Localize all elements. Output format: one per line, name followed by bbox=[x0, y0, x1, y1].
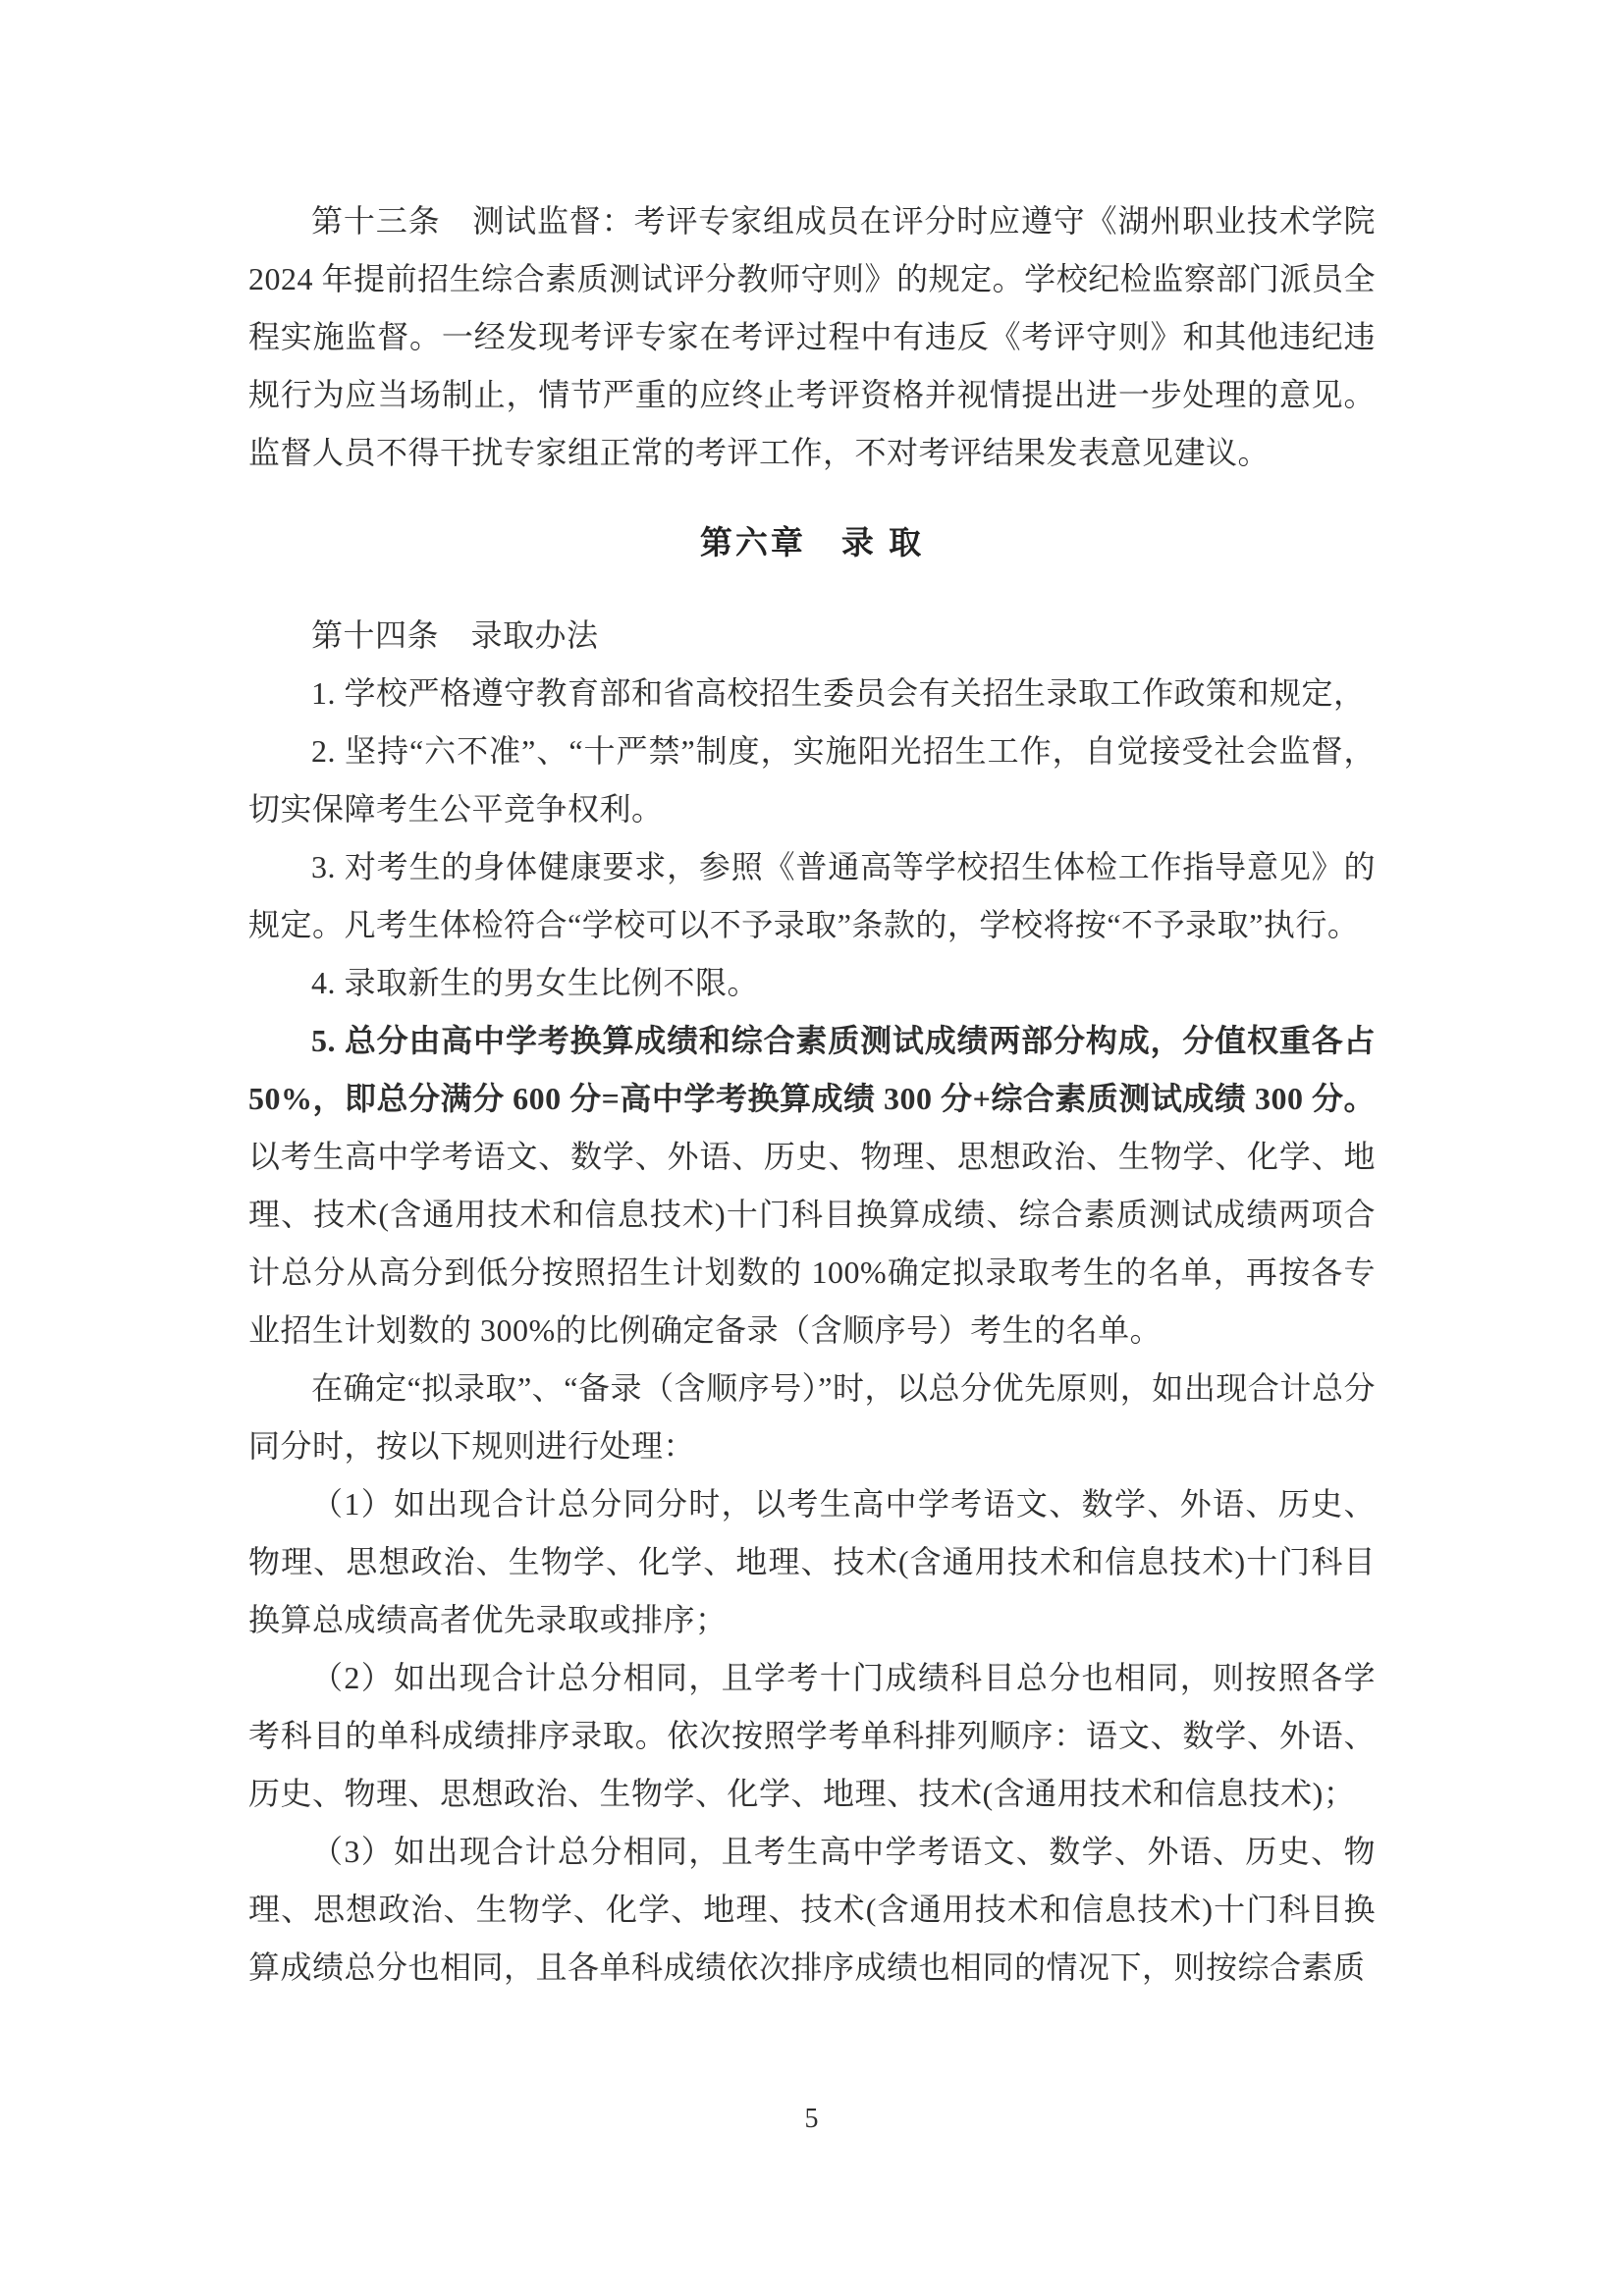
paragraph: 第十三条 测试监督：考评专家组成员在评分时应遵守《湖州职业技术学院 2024 年… bbox=[248, 192, 1376, 482]
page-content: 第十三条 测试监督：考评专家组成员在评分时应遵守《湖州职业技术学院 2024 年… bbox=[248, 192, 1376, 1997]
text-segment: （2）如出现合计总分相同，且学考十门成绩科目总分也相同，则按照各学考科目的单科成… bbox=[248, 1660, 1376, 1811]
document-page: 第十三条 测试监督：考评专家组成员在评分时应遵守《湖州职业技术学院 2024 年… bbox=[0, 0, 1623, 2296]
text-segment: 第十三条 测试监督：考评专家组成员在评分时应遵守《湖州职业技术学院 2024 年… bbox=[248, 203, 1376, 470]
chapter-heading: 第六章 录 取 bbox=[248, 513, 1376, 571]
text-segment: 在确定“拟录取”、“备录（含顺序号）”时，以总分优先原则，如出现合计总分同分时，… bbox=[248, 1370, 1376, 1464]
text-segment: 3. 对考生的身体健康要求，参照《普通高等学校招生体检工作指导意见》的规定。凡考… bbox=[248, 849, 1376, 942]
paragraph: 5. 总分由高中学考换算成绩和综合素质测试成绩两部分构成，分值权重各占 50%，… bbox=[248, 1012, 1376, 1360]
page-number: 5 bbox=[0, 2103, 1623, 2136]
paragraph: 2. 坚持“六不准”、“十严禁”制度，实施阳光招生工作，自觉接受社会监督，切实保… bbox=[248, 722, 1376, 838]
text-segment: 4. 录取新生的男女生比例不限。 bbox=[311, 965, 759, 1000]
text-segment: 第十四条 录取办法 bbox=[311, 617, 599, 653]
paragraph: （2）如出现合计总分相同，且学考十门成绩科目总分也相同，则按照各学考科目的单科成… bbox=[248, 1649, 1376, 1823]
paragraph: （3）如出现合计总分相同，且考生高中学考语文、数学、外语、历史、物理、思想政治、… bbox=[248, 1823, 1376, 1997]
bold-text-segment: 5. 总分由高中学考换算成绩和综合素质测试成绩两部分构成，分值权重各占 50%，… bbox=[248, 1023, 1376, 1116]
text-segment: （1）如出现合计总分同分时，以考生高中学考语文、数学、外语、历史、物理、思想政治… bbox=[248, 1486, 1376, 1637]
paragraph: 在确定“拟录取”、“备录（含顺序号）”时，以总分优先原则，如出现合计总分同分时，… bbox=[248, 1360, 1376, 1475]
text-segment: （3）如出现合计总分相同，且考生高中学考语文、数学、外语、历史、物理、思想政治、… bbox=[248, 1834, 1376, 1985]
paragraph: 4. 录取新生的男女生比例不限。 bbox=[248, 954, 1376, 1012]
paragraph: （1）如出现合计总分同分时，以考生高中学考语文、数学、外语、历史、物理、思想政治… bbox=[248, 1475, 1376, 1649]
paragraph: 3. 对考生的身体健康要求，参照《普通高等学校招生体检工作指导意见》的规定。凡考… bbox=[248, 838, 1376, 954]
paragraph: 1. 学校严格遵守教育部和省高校招生委员会有关招生录取工作政策和规定， bbox=[248, 665, 1376, 722]
text-segment: 2. 坚持“六不准”、“十严禁”制度，实施阳光招生工作，自觉接受社会监督，切实保… bbox=[248, 733, 1376, 827]
text-segment: 以考生高中学考语文、数学、外语、历史、物理、思想政治、生物学、化学、地理、技术(… bbox=[248, 1139, 1376, 1348]
text-segment: 1. 学校严格遵守教育部和省高校招生委员会有关招生录取工作政策和规定， bbox=[311, 675, 1366, 711]
paragraph: 第十四条 录取办法 bbox=[248, 607, 1376, 665]
text-segment: 第六章 录 取 bbox=[700, 524, 924, 561]
